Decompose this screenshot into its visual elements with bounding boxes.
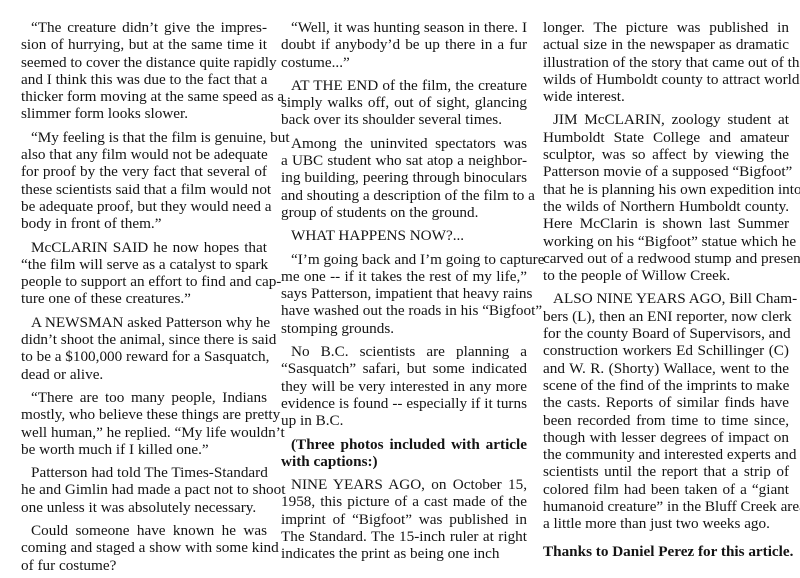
- text-line: group of students on the ground.: [281, 204, 527, 221]
- text-line: Could someone have known he was: [21, 522, 267, 539]
- text-line: AT THE END of the film, the creature: [281, 77, 527, 94]
- article-paragraph: “Well, it was hunting season in there. I…: [281, 19, 527, 71]
- text-line: body in front of them.”: [21, 215, 267, 232]
- article-paragraph: A NEWSMAN asked Patterson why hedidn’t s…: [21, 314, 267, 383]
- text-line: that he is planning his own expedition i…: [543, 181, 789, 198]
- article-paragraph: WHAT HAPPENS NOW?...: [281, 227, 527, 244]
- text-line: be adequate proof, but they would need a: [21, 198, 267, 215]
- text-line: to the people of Willow Creek.: [543, 267, 789, 284]
- article-paragraph: Patterson had told The Times-Standardhe …: [21, 464, 267, 516]
- text-line: of fur costume?: [21, 557, 267, 574]
- text-line: The Standard. The 15-inch ruler at right: [281, 528, 527, 545]
- text-line: Patterson had told The Times-Standard: [21, 464, 267, 481]
- text-line: Among the uninvited spectators was: [281, 135, 527, 152]
- text-line: sculptor, was so affect by viewing the: [543, 146, 789, 163]
- text-line: colored film had been taken of a “giant: [543, 481, 789, 498]
- article-paragraph: AT THE END of the film, the creaturesimp…: [281, 77, 527, 129]
- text-line: well human,” he replied. “My life wouldn…: [21, 424, 267, 441]
- text-line: “Sasquatch” safari, but some indicated: [281, 360, 527, 377]
- text-line: a little more than just two weeks ago.: [543, 515, 789, 532]
- text-line: “There are too many people, Indians: [21, 389, 267, 406]
- text-line: JIM McCLARIN, zoology student at: [543, 111, 789, 128]
- text-line: ALSO NINE YEARS AGO, Bill Cham-: [543, 290, 789, 307]
- text-line: sion of hurrying, but at the same time i…: [21, 36, 267, 53]
- text-line: thicker form moving at the same speed as…: [21, 88, 267, 105]
- text-line: for proof by the very fact that several …: [21, 163, 267, 180]
- text-line: Humboldt State College and amateur: [543, 129, 789, 146]
- article-paragraph: longer. The picture was published inactu…: [543, 19, 789, 105]
- text-line: doubt if anybody’d be up there in a fur: [281, 36, 527, 53]
- text-line: A NEWSMAN asked Patterson why he: [21, 314, 267, 331]
- article-paragraph: “I’m going back and I’m going to capture…: [281, 251, 527, 337]
- article-paragraph: McCLARIN SAID he now hopes that“the film…: [21, 239, 267, 308]
- text-line: ture one of these creatures.”: [21, 290, 267, 307]
- text-line: also that any film would not be adequate: [21, 146, 267, 163]
- text-line: construction workers Ed Schillinger (C): [543, 342, 789, 359]
- text-line: WHAT HAPPENS NOW?...: [281, 227, 527, 244]
- article-paragraph: “The creature didn’t give the impres-sio…: [21, 19, 267, 123]
- text-line: ing building, peering through binoculars: [281, 169, 527, 186]
- text-line: they will be very interested in any more: [281, 378, 527, 395]
- text-line: people to support an effort to find and …: [21, 273, 267, 290]
- text-line: be worth much if I killed one.”: [21, 441, 267, 458]
- text-line: and W. R. (Shorty) Wallace, went to the: [543, 360, 789, 377]
- text-line: Thanks to Daniel Perez for this article.: [543, 543, 789, 560]
- text-line: to be a $100,000 reward for a Sasquatch,: [21, 348, 267, 365]
- article-paragraph: Among the uninvited spectators wasa UBC …: [281, 135, 527, 221]
- text-line: costume...”: [281, 54, 527, 71]
- article-paragraph: Could someone have known he wascoming an…: [21, 522, 267, 574]
- text-line: scene of the find of the imprints to mak…: [543, 377, 789, 394]
- article-credit: Thanks to Daniel Perez for this article.: [543, 543, 789, 560]
- article-paragraph: ALSO NINE YEARS AGO, Bill Cham-bers (L),…: [543, 290, 789, 532]
- text-line: scientists until the report that a strip…: [543, 463, 789, 480]
- text-line: actual size in the newspaper as dramatic: [543, 36, 789, 53]
- text-line: the wilds of Northern Humboldt county.: [543, 198, 789, 215]
- text-line: simply walks off, out of sight, glancing: [281, 94, 527, 111]
- text-line: “the film will serve as a catalyst to sp…: [21, 256, 267, 273]
- text-line: “I’m going back and I’m going to capture: [281, 251, 527, 268]
- text-line: mostly, who believe these things are pre…: [21, 406, 267, 423]
- text-line: wilds of Humboldt county to attract worl…: [543, 71, 789, 88]
- text-line: these scientists said that a film would …: [21, 181, 267, 198]
- text-line: a UBC student who sat atop a neighbor-: [281, 152, 527, 169]
- text-line: No B.C. scientists are planning a: [281, 343, 527, 360]
- article-paragraph: JIM McCLARIN, zoology student atHumboldt…: [543, 111, 789, 284]
- text-line: and I think this was due to the fact tha…: [21, 71, 267, 88]
- text-line: been recorded from time to time since,: [543, 412, 789, 429]
- text-line: have washed out the roads in his “Bigfoo…: [281, 302, 527, 319]
- text-line: bers (L), then an ENI reporter, now cler…: [543, 308, 789, 325]
- text-line: me one -- if it takes the rest of my lif…: [281, 268, 527, 285]
- text-line: coming and staged a show with some kind: [21, 539, 267, 556]
- article-column-2: “Well, it was hunting season in there. I…: [281, 19, 527, 569]
- text-line: seemed to cover the distance quite rapid…: [21, 54, 267, 71]
- text-line: dead or alive.: [21, 366, 267, 383]
- article-paragraph: “My feeling is that the film is genuine,…: [21, 129, 267, 233]
- text-line: one unless it was absolutely necessary.: [21, 499, 267, 516]
- newspaper-page: “The creature didn’t give the impres-sio…: [0, 0, 800, 578]
- text-line: for the county Board of Supervisors, and: [543, 325, 789, 342]
- text-line: “My feeling is that the film is genuine,…: [21, 129, 267, 146]
- article-column-1: “The creature didn’t give the impres-sio…: [21, 19, 267, 578]
- text-line: back over its shoulder several times.: [281, 111, 527, 128]
- text-line: says Patterson, impatient that heavy rai…: [281, 285, 527, 302]
- text-line: carved out of a redwood stump and presen…: [543, 250, 789, 267]
- text-line: (Three photos included with article: [281, 436, 527, 453]
- text-line: stomping grounds.: [281, 320, 527, 337]
- text-line: humanoid creature” in the Bluff Creek ar…: [543, 498, 789, 515]
- photo-note: (Three photos included with articlewith …: [281, 436, 527, 471]
- text-line: Here McClarin is shown last Summer: [543, 215, 789, 232]
- text-line: Patterson movie of a supposed “Bigfoot”: [543, 163, 789, 180]
- text-line: indicates the print as being one inch: [281, 545, 527, 562]
- text-line: slimmer form looks slower.: [21, 105, 267, 122]
- text-line: working on his “Bigfoot” statue which he: [543, 233, 789, 250]
- article-paragraph: NINE YEARS AGO, on October 15,1958, this…: [281, 476, 527, 562]
- text-line: longer. The picture was published in: [543, 19, 789, 36]
- text-line: imprint of “Bigfoot” was published in: [281, 511, 527, 528]
- text-line: illustration of the story that came out …: [543, 54, 789, 71]
- text-line: evidence is found -- especially if it tu…: [281, 395, 527, 412]
- text-line: wide interest.: [543, 88, 789, 105]
- text-line: “The creature didn’t give the impres-: [21, 19, 267, 36]
- text-line: up in B.C.: [281, 412, 527, 429]
- text-line: the community and interested experts and: [543, 446, 789, 463]
- text-line: NINE YEARS AGO, on October 15,: [281, 476, 527, 493]
- text-line: 1958, this picture of a cast made of the: [281, 493, 527, 510]
- text-line: McCLARIN SAID he now hopes that: [21, 239, 267, 256]
- text-line: though with lesser degrees of impact on: [543, 429, 789, 446]
- text-line: he and Gimlin had made a pact not to sho…: [21, 481, 267, 498]
- article-paragraph: No B.C. scientists are planning a“Sasqua…: [281, 343, 527, 429]
- text-line: didn’t shoot the animal, since there is …: [21, 331, 267, 348]
- text-line: and shouting a description of the film t…: [281, 187, 527, 204]
- article-paragraph: “There are too many people, Indiansmostl…: [21, 389, 267, 458]
- text-line: “Well, it was hunting season in there. I: [281, 19, 527, 36]
- text-line: the casts. Reports of similar finds have: [543, 394, 789, 411]
- text-line: with captions:): [281, 453, 527, 470]
- article-column-3: longer. The picture was published inactu…: [543, 19, 789, 566]
